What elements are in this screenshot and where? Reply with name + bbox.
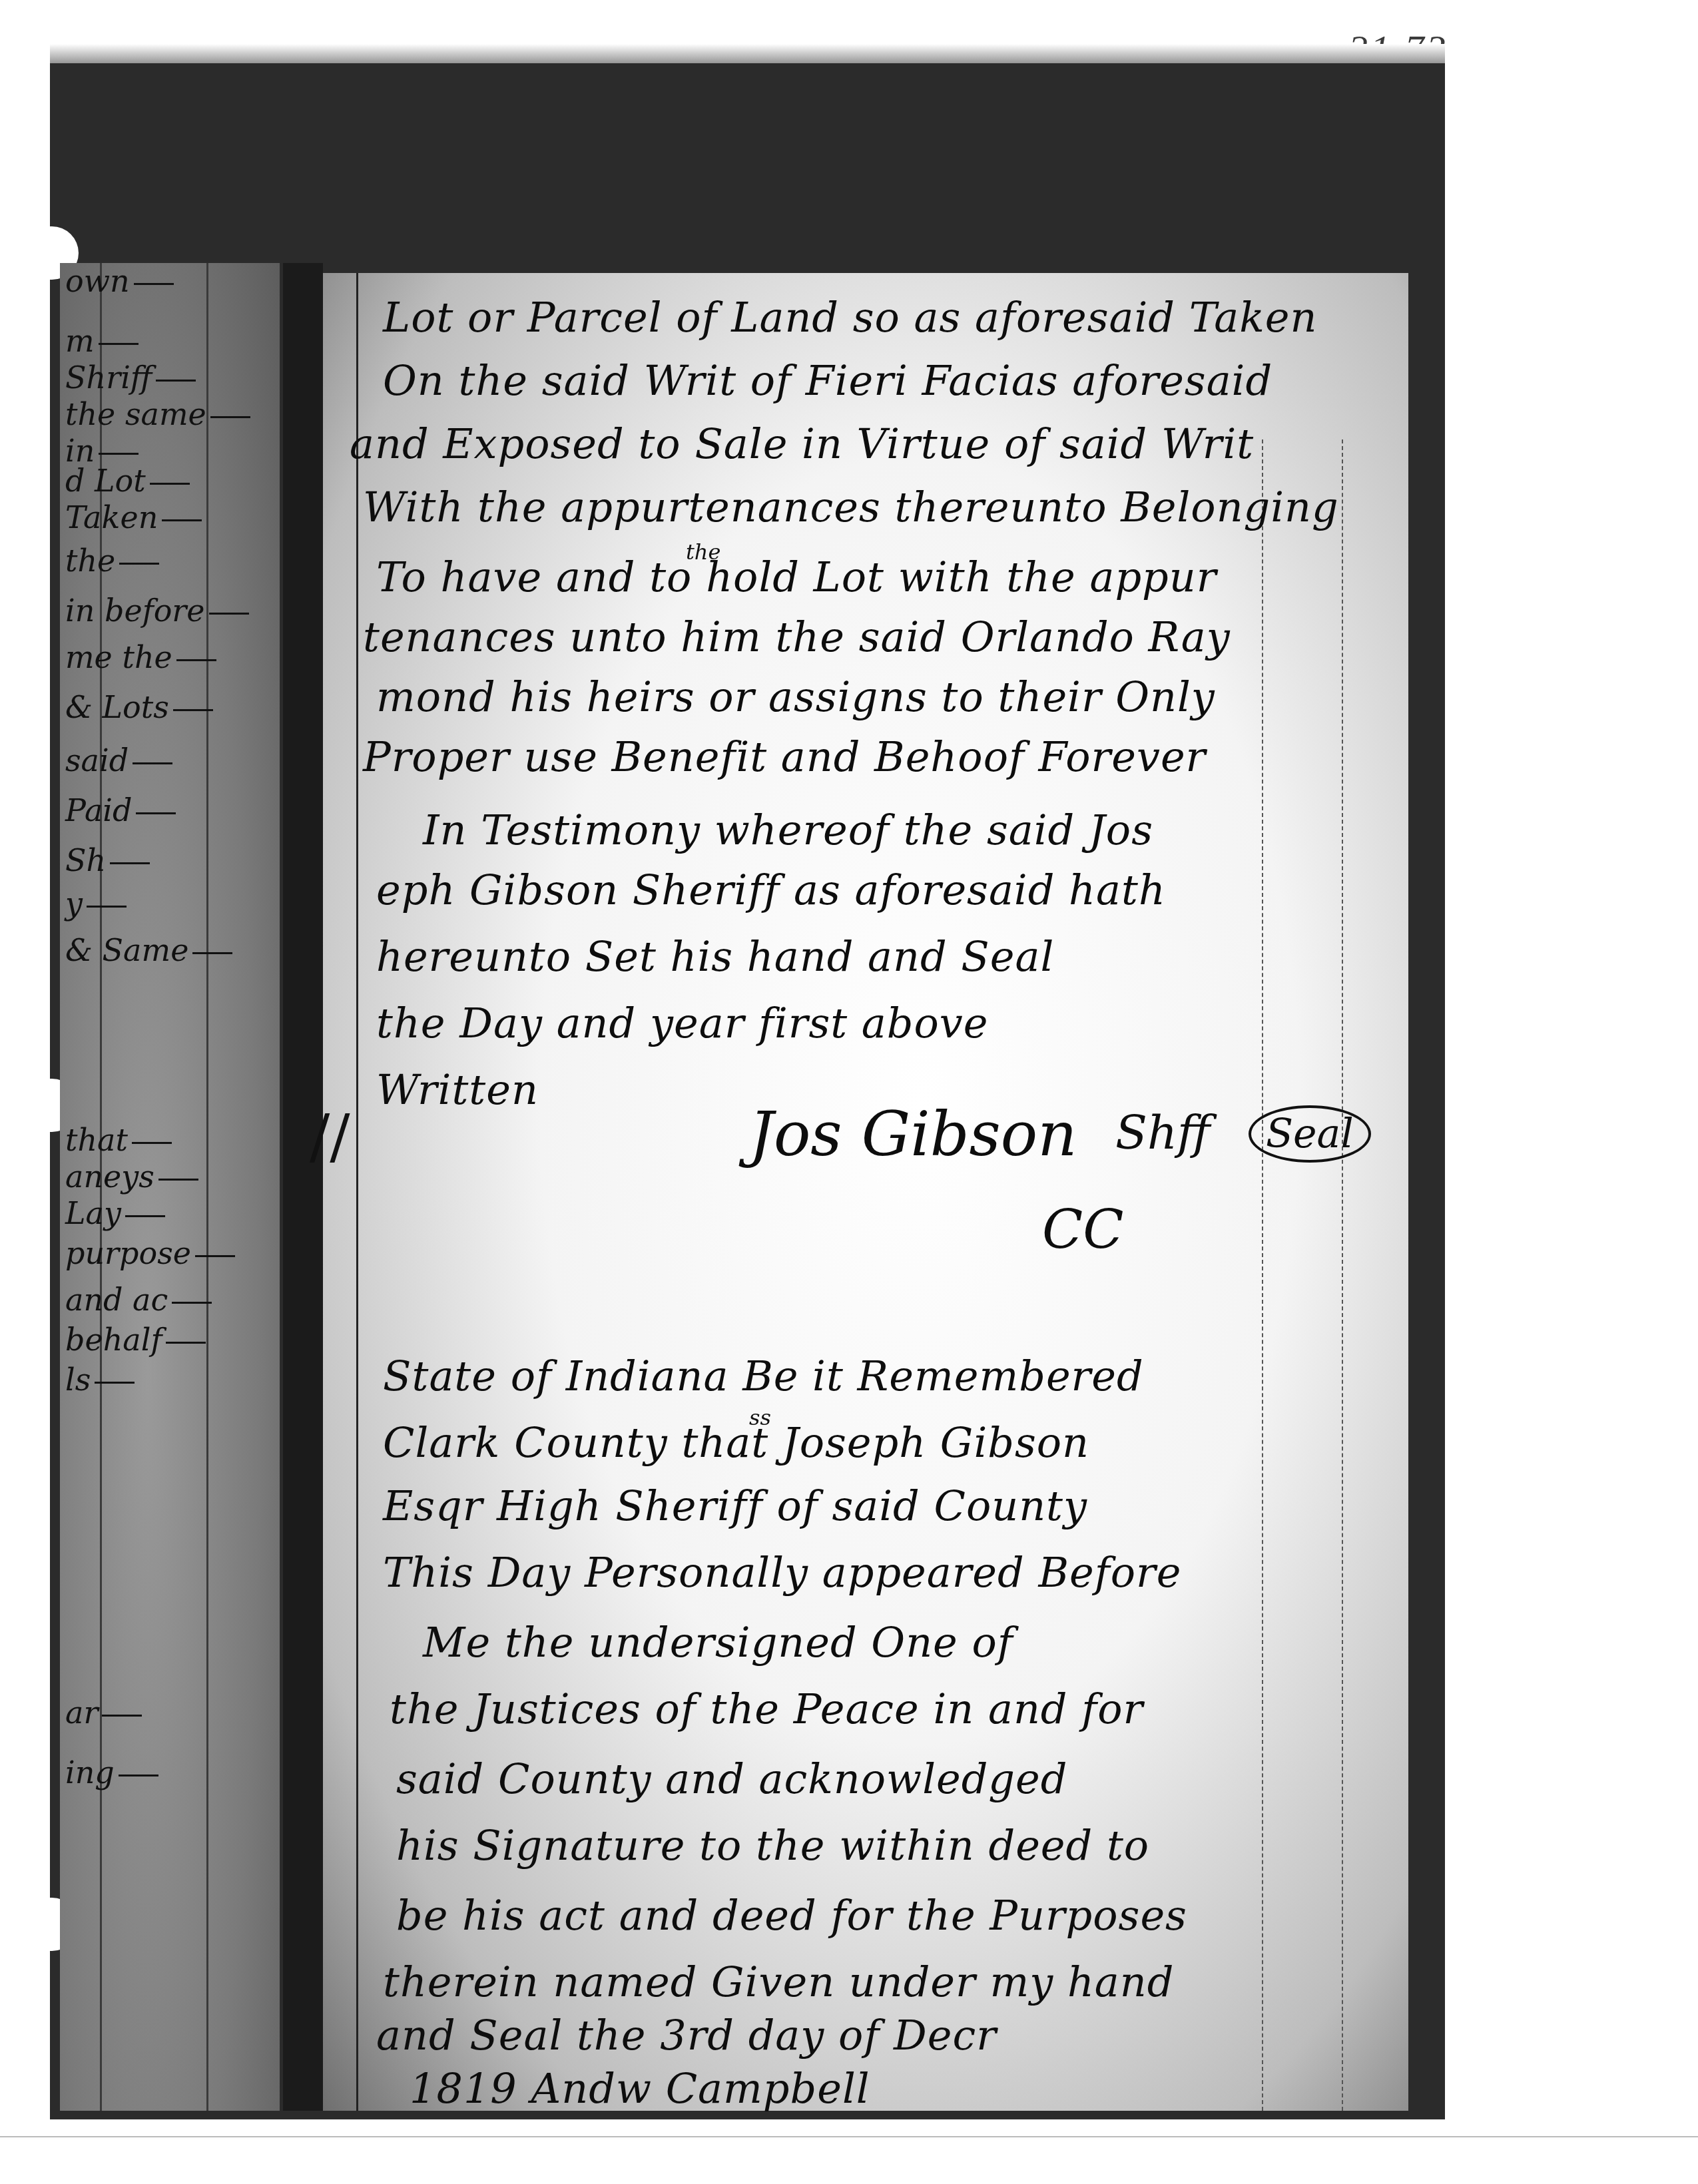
fragment: Sh	[65, 842, 150, 878]
fragment: Paid	[65, 792, 176, 828]
deed-line: Lot or Parcel of Land so as aforesaid Ta…	[383, 293, 1317, 342]
fragment: behalf	[65, 1322, 206, 1358]
ack-line: and Seal the 3rd day of Decr	[376, 2011, 997, 2059]
fragment: Taken	[65, 499, 202, 535]
deed-line: Proper use Benefit and Behoof Forever	[363, 732, 1206, 781]
fragment: me the	[65, 639, 216, 675]
fragment: the	[65, 543, 159, 579]
fragment: aneys	[65, 1159, 198, 1195]
deed-line: eph Gibson Sheriff as aforesaid hath	[376, 866, 1166, 914]
deed-line: With the appurtenances thereunto Belongi…	[363, 483, 1339, 531]
fragment: own	[65, 263, 174, 299]
deed-line: hereunto Set his hand and Seal	[376, 932, 1054, 981]
ack-line: the Justices of the Peace in and for	[390, 1685, 1143, 1733]
ack-line-date-signature: 1819 Andw Campbell	[410, 2064, 870, 2113]
fragment: ing	[65, 1755, 158, 1790]
deed-line: tenances unto him the said Orlando Ray	[363, 613, 1231, 661]
margin-mark: //	[310, 1102, 350, 1172]
fragment: & Lots	[65, 689, 213, 725]
column-rule	[1342, 439, 1344, 2111]
ack-line: said County and acknowledged	[396, 1755, 1067, 1803]
fragment: ls	[65, 1362, 135, 1398]
deed-line: Written	[376, 1065, 539, 1114]
adjacent-page-strip: own m Shriff the same in d Lot Taken the…	[60, 263, 280, 2111]
fragment: d Lot	[65, 463, 190, 499]
fragment: Shriff	[65, 360, 196, 396]
fragment: in before	[65, 593, 249, 629]
ack-line: State of Indiana Be it Remembered	[383, 1352, 1144, 1400]
fragment: and ac	[65, 1282, 212, 1318]
column-rule	[1262, 439, 1265, 2111]
fragment: & Same	[65, 932, 232, 968]
signature-abbrev: CC	[1042, 1199, 1123, 1260]
sheriff-title: Shff	[1115, 1105, 1211, 1160]
fragment: purpose	[65, 1235, 235, 1271]
fragment: Lay	[65, 1195, 165, 1231]
fragment: said	[65, 742, 172, 778]
deed-line: and Exposed to Sale in Virtue of said Wr…	[350, 419, 1254, 468]
margin-rule	[356, 273, 358, 2111]
fragment: m	[65, 323, 139, 359]
deed-page: Lot or Parcel of Land so as aforesaid Ta…	[323, 273, 1408, 2111]
ack-line: Esqr High Sheriff of said County	[383, 1482, 1087, 1530]
fragment: that	[65, 1122, 172, 1158]
ack-line: Me the undersigned One of	[423, 1618, 1013, 1667]
ack-line: his Signature to the within deed to	[396, 1821, 1149, 1870]
seal-mark: Seal	[1249, 1105, 1371, 1163]
ack-line: Clark County that Joseph Gibson	[383, 1418, 1089, 1467]
ack-line: This Day Personally appeared Before	[383, 1548, 1181, 1597]
book-gutter	[283, 263, 323, 2111]
deed-line: In Testimony whereof the said Jos	[423, 806, 1153, 854]
deed-line: On the said Writ of Fieri Facias aforesa…	[383, 356, 1273, 405]
ledger-rule	[206, 263, 208, 2111]
fragment: ar	[65, 1695, 142, 1731]
scan-edge	[0, 2136, 1698, 2137]
deed-line: To have and to hold Lot with the appur	[376, 553, 1217, 601]
deed-line: the Day and year first above	[376, 999, 989, 1047]
fragment: y	[65, 886, 127, 922]
fragment: the same	[65, 396, 250, 432]
sheriff-signature: Jos Gibson	[749, 1099, 1077, 1170]
ack-line: be his act and deed for the Purposes	[396, 1891, 1187, 1940]
deed-line: mond his heirs or assigns to their Only	[376, 673, 1215, 721]
ack-line: therein named Given under my hand	[383, 1958, 1174, 2006]
